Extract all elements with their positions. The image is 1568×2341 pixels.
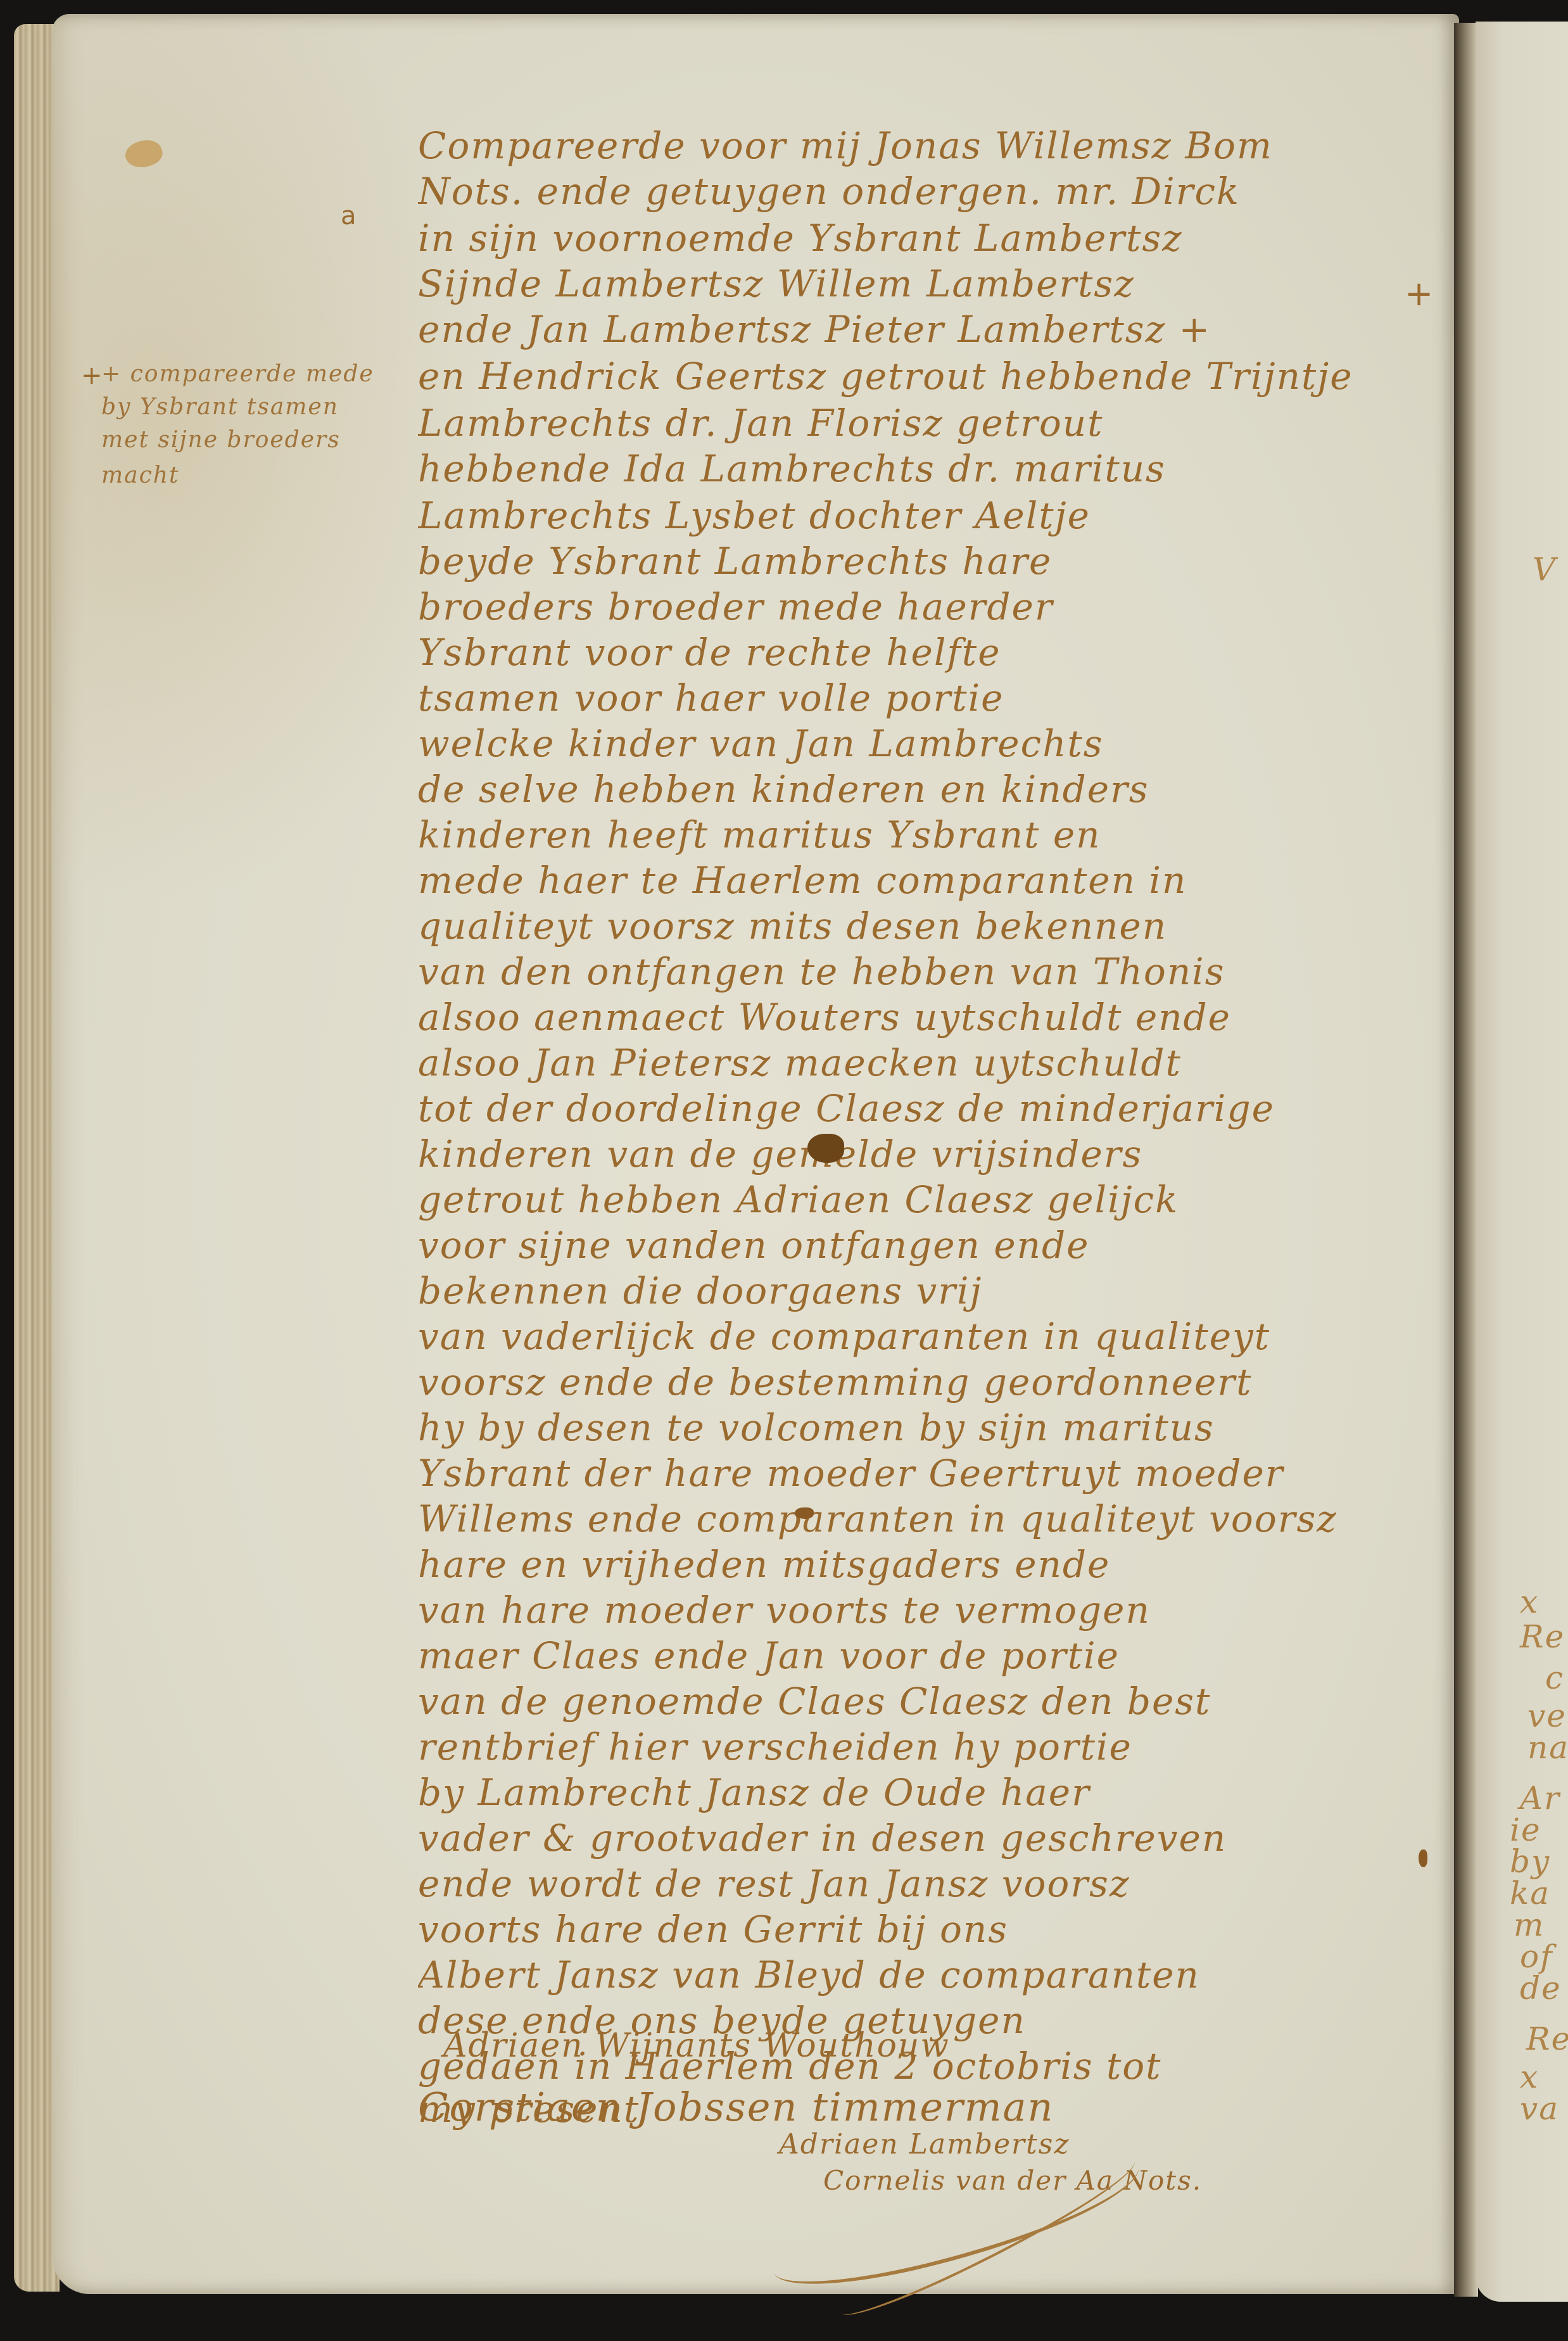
body-line: Sijnde Lambertsz Willem Lambertsz <box>418 262 1457 305</box>
body-line: by Lambrecht Jansz de Oude haer <box>418 1771 1457 1814</box>
signature-witness-2: Corstiaen Jobssen timmerman <box>418 2084 1054 2130</box>
body-line: ende wordt de rest Jan Jansz voorsz <box>418 1862 1457 1905</box>
facing-fragment: de <box>1520 1970 1562 2007</box>
body-line: welcke kinder van Jan Lambrechts <box>418 722 1457 765</box>
facing-fragment: c <box>1545 1659 1564 1696</box>
body-line: mede haer te Haerlem comparanten in <box>418 859 1457 902</box>
body-line: vader & grootvader in desen geschreven <box>418 1817 1457 1860</box>
body-line: kinderen van de gemelde vrijsinders <box>418 1132 1457 1176</box>
body-line: in sijn voornoemde Ysbrant Lambertsz <box>418 217 1457 260</box>
margin-note-line: by Ysbrant tsamen <box>101 394 339 420</box>
body-line: rentbrief hier verscheiden hy portie <box>418 1725 1457 1768</box>
body-line: broeders broeder mede haerder <box>418 585 1457 628</box>
body-line: alsoo aenmaect Wouters uytschuldt ende <box>418 996 1457 1039</box>
body-line: maer Claes ende Jan voor de portie <box>418 1634 1457 1677</box>
body-line: tsamen voor haer volle portie <box>418 676 1457 720</box>
facing-fragment: Re <box>1520 1618 1565 1655</box>
body-line: Ysbrant der hare moeder Geertruyt moeder <box>418 1452 1457 1495</box>
body-line: alsoo Jan Pietersz maecken uytschuldt <box>418 1041 1457 1084</box>
margin-insertion-mark: + <box>81 361 103 390</box>
book-gutter <box>1454 23 1478 2297</box>
body-line: hy by desen te volcomen by sijn maritus <box>418 1406 1457 1449</box>
book-spread: a + + + compareerde mede by Ysbrant tsam… <box>0 0 1568 2341</box>
ink-blot <box>807 1134 844 1163</box>
body-line: Albert Jansz van Bleyd de comparanten <box>418 1953 1457 1996</box>
margin-mark: a <box>341 201 357 231</box>
body-line: getrout hebben Adriaen Claesz gelijck <box>418 1178 1457 1221</box>
body-line: voorsz ende de bestemming geordonneert <box>418 1361 1457 1404</box>
body-line: Willems ende comparanten in qualiteyt vo… <box>418 1497 1457 1540</box>
body-line: tot der doordelinge Claesz de minderjari… <box>418 1087 1457 1130</box>
body-line: Nots. ende getuygen ondergen. mr. Dirck <box>418 170 1457 213</box>
facing-fragment: Re <box>1526 2021 1568 2057</box>
body-line: van de genoemde Claes Claesz den best <box>418 1680 1457 1723</box>
body-line: en Hendrick Geertsz getrout hebbende Tri… <box>418 355 1457 398</box>
facing-fragment: V <box>1533 551 1557 588</box>
body-line: hebbende Ida Lambrechts dr. maritus <box>418 447 1457 490</box>
signature-witness-1: Adriaen Wijnants Wouthouw <box>443 2027 950 2065</box>
body-line: beyde Ysbrant Lambrechts hare <box>418 540 1457 583</box>
body-line: hare en vrijheden mitsgaders ende <box>418 1543 1457 1586</box>
body-line: bekennen die doorgaens vrij <box>418 1269 1457 1312</box>
body-line: voor sijne vanden ontfangen ende <box>418 1224 1457 1267</box>
body-line: van hare moeder voorts te vermogen <box>418 1589 1457 1632</box>
facing-fragment: na <box>1527 1729 1568 1766</box>
body-line: Ysbrant voor de rechte helfte <box>418 631 1457 674</box>
body-line: kinderen heeft maritus Ysbrant en <box>418 813 1457 856</box>
body-line: van vaderlijck de comparanten in qualite… <box>418 1315 1457 1358</box>
margin-note-line: + compareerde mede <box>101 361 374 387</box>
signature-witness-3: Adriaen Lambertsz <box>779 2128 1070 2160</box>
body-line: voorts hare den Gerrit bij ons <box>418 1908 1457 1951</box>
ink-blot <box>795 1507 814 1519</box>
margin-note-line: macht <box>101 462 179 488</box>
facing-fragment: x <box>1520 1583 1539 1620</box>
body-line: de selve hebben kinderen en kinders <box>418 768 1457 811</box>
body-line: Lambrechts Lysbet dochter Aeltje <box>418 494 1457 537</box>
margin-note-line: met sijne broeders <box>101 427 341 453</box>
body-line: van den ontfangen te hebben van Thonis <box>418 950 1457 993</box>
body-line: Compareerde voor mij Jonas Willemsz Bom <box>418 124 1457 167</box>
body-line: ende Jan Lambertsz Pieter Lambertsz + <box>418 308 1457 351</box>
body-line: Lambrechts dr. Jan Florisz getrout <box>418 402 1457 445</box>
body-line: qualiteyt voorsz mits desen bekennen <box>418 904 1457 948</box>
facing-fragment: va <box>1520 2090 1559 2127</box>
ink-dot <box>1419 1849 1427 1867</box>
